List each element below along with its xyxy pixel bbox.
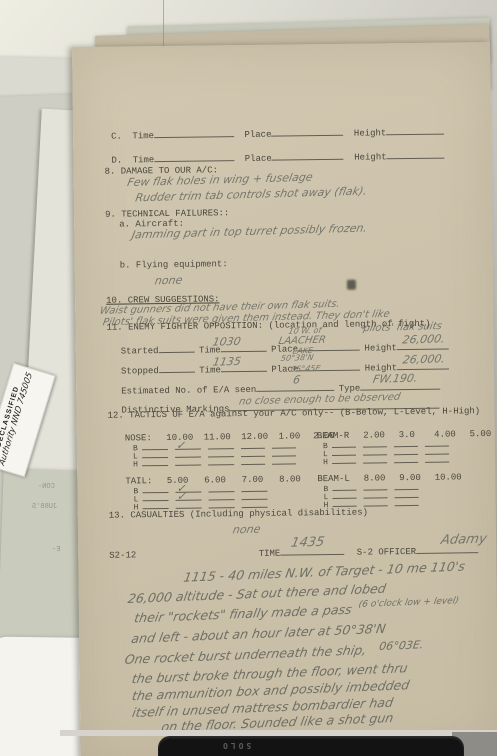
- started-place-value: LAACHER: [278, 335, 327, 347]
- height-label: Height: [354, 128, 387, 138]
- row-d: D. Time Place Height: [111, 146, 444, 168]
- height-label: Height: [364, 343, 397, 353]
- ea-seen-label: Estimated No. of E/A seen: [121, 385, 256, 397]
- row-c: C. Time Place Height: [111, 122, 444, 144]
- bleedthrough-text: CON-: [38, 483, 55, 491]
- place-label: Place: [244, 130, 271, 140]
- height-label: Height: [354, 152, 387, 162]
- note-line: 1115 - 40 miles N.W. of Target - 10 me 1…: [182, 558, 466, 584]
- book-cradle: SOLO: [158, 736, 464, 756]
- stopped-place-value: 50°38'N: [280, 353, 314, 363]
- row-letter: H: [323, 458, 328, 467]
- type-value: FW.190.: [372, 372, 419, 386]
- started-height-value: 26,000.: [401, 332, 446, 346]
- stopped-label: Stopped: [121, 366, 159, 376]
- row-d-letter: D.: [111, 156, 122, 166]
- row-letter: H: [133, 460, 138, 469]
- note-side-annotation: (6 o'clock low + level): [358, 596, 460, 610]
- beam-l-time: 10.00: [435, 472, 466, 482]
- section-9b-handwriting: none: [154, 274, 184, 288]
- beam-r-time: 5.00: [470, 429, 497, 439]
- bleedthrough-text: JU88'S: [32, 503, 57, 511]
- cradle-brand-text: SOLO: [220, 741, 251, 750]
- section-13-handwriting: none: [232, 523, 262, 537]
- note-line: their "rockets" finally made a pass: [133, 602, 353, 626]
- time-label: Time: [133, 155, 155, 165]
- tail-time: 8.00: [279, 474, 312, 484]
- time-label: TIME: [259, 549, 281, 559]
- form-number: S2-12: [109, 550, 136, 560]
- time-label: Time: [132, 131, 154, 141]
- document-page: C. Time Place Height D. Time Place Heigh…: [72, 42, 497, 756]
- officer-signature: Adamy: [440, 532, 488, 548]
- string-line: [163, 0, 164, 46]
- officer-label: S-2 OFFICER: [357, 547, 417, 558]
- stopped-time-value: 1135: [212, 355, 242, 369]
- note-coordinates: 06°03E.: [378, 638, 424, 653]
- pencil-mark: [347, 280, 356, 290]
- stopped-height-value: 26,000.: [402, 352, 447, 366]
- time-value: 1435: [290, 535, 326, 551]
- started-label: Started: [121, 346, 159, 356]
- section-13-heading: 13. CASUALTIES (Including physical disab…: [109, 508, 368, 521]
- row-c-letter: C.: [111, 132, 122, 142]
- started-time-value: 1030: [211, 335, 241, 349]
- section-9b-label: b. Flying equipment:: [120, 259, 228, 270]
- stopped-place-sub: 05°45E: [290, 364, 321, 374]
- bleedthrough-text: E-: [52, 546, 60, 554]
- place-label: Place: [245, 154, 272, 164]
